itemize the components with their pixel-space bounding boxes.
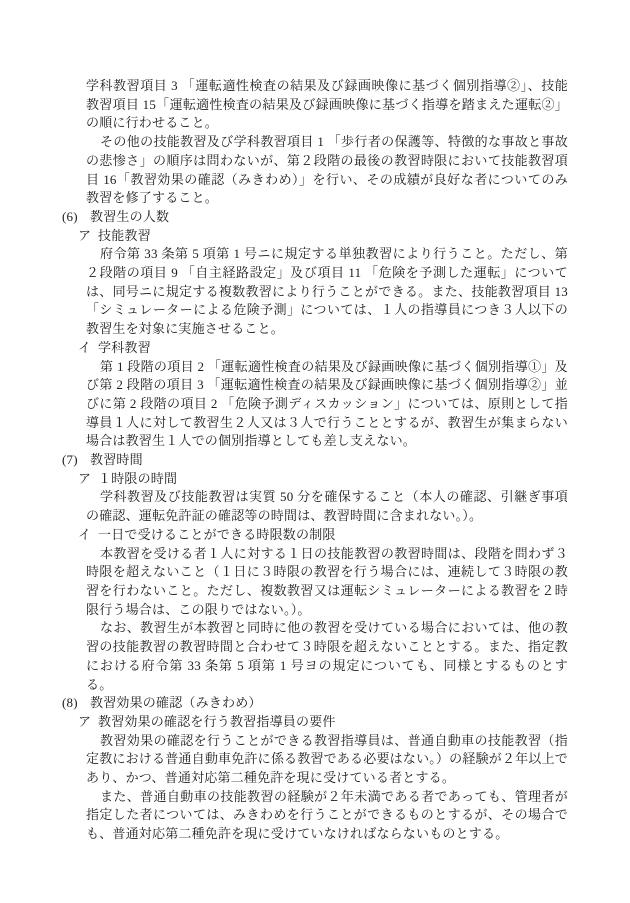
section-7-item-i-paragraph-2: なお、教習生が本教習と同時に他の教習を受けている場合においては、他の教習の技能教… [86,619,568,694]
section-6-number: (6) [62,208,90,227]
section-6-title: 教習生の人数 [90,208,630,227]
item-a-marker: ア [78,713,98,732]
document-page: 学科教習項目 3 「運転適性検査の結果及び録画映像に基づく個別指導②」、技能教習… [0,0,630,903]
section-8-item-a-heading: ア 教習効果の確認を行う教習指導員の要件 [78,713,630,732]
section-6-item-i-heading: イ 学科教習 [78,339,630,358]
section-8-heading: (8) 教習効果の確認（みきわめ） [62,694,630,713]
section-7-number: (7) [62,451,90,470]
section-6-item-a-heading: ア 技能教習 [78,227,630,246]
section-7-item-a-heading: ア １時限の時間 [78,470,630,489]
section-6-item-i-paragraph: 第 1 段階の項目 2 「運転適性検査の結果及び録画映像に基づく個別指導①」及び… [86,358,568,452]
document-content: 学科教習項目 3 「運転適性検査の結果及び録画映像に基づく個別指導②」、技能教習… [0,77,630,844]
item-a-marker: ア [78,470,98,489]
section-7-item-i-heading: イ 一日で受けることができる時限数の制限 [78,526,630,545]
section-8-item-a-paragraph-2: また、普通自動車の技能教習の経験が２年未満である者であっても、管理者が指定した者… [86,788,568,844]
item-a-marker: ア [78,227,98,246]
section-8-number: (8) [62,694,90,713]
intro-paragraph-2: その他の技能教習及び学科教習項目 1 「歩行者の保護等、特徴的な事故と事故の悲惨… [86,133,568,208]
item-i-marker: イ [78,526,98,545]
section-7-item-a-paragraph: 学科教習及び技能教習は実質 50 分を確保すること（本人の確認、引継ぎ事項の確認… [86,488,568,525]
section-7-item-i-paragraph-1: 本教習を受ける者１人に対する１日の技能教習の教習時間は、段階を問わず３時限を超え… [86,545,568,620]
section-7-heading: (7) 教習時間 [62,451,630,470]
section-7-title: 教習時間 [90,451,630,470]
section-6-heading: (6) 教習生の人数 [62,208,630,227]
item-a-title: 教習効果の確認を行う教習指導員の要件 [98,713,630,732]
item-a-title: 技能教習 [98,227,630,246]
item-a-title: １時限の時間 [98,470,630,489]
intro-paragraph-1: 学科教習項目 3 「運転適性検査の結果及び録画映像に基づく個別指導②」、技能教習… [86,77,568,133]
item-i-title: 学科教習 [98,339,630,358]
section-6-item-a-paragraph: 府令第 33 条第 5 項第 1 号ニに規定する単独教習により行うこと。ただし、… [86,245,568,339]
item-i-title: 一日で受けることができる時限数の制限 [98,526,630,545]
item-i-marker: イ [78,339,98,358]
section-8-title: 教習効果の確認（みきわめ） [90,694,630,713]
section-8-item-a-paragraph-1: 教習効果の確認を行うことができる教習指導員は、普通自動車の技能教習（指定教におけ… [86,732,568,788]
